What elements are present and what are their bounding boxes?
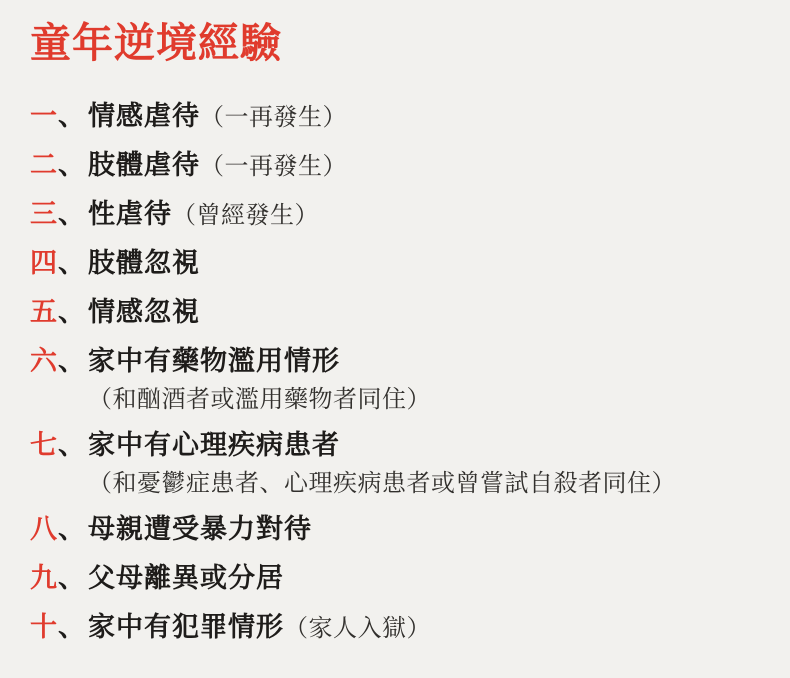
item-number: 三 xyxy=(30,198,58,231)
item-text: 父母離異或分居 xyxy=(88,563,284,593)
item-text: 肢體忽視 xyxy=(88,248,200,278)
page-title: 童年逆境經驗 xyxy=(30,18,762,68)
item-number: 九 xyxy=(30,562,58,595)
item-separator: 、 xyxy=(58,345,88,378)
list-item: 五、情感忽視 xyxy=(30,296,762,330)
item-text: 母親遭受暴力對待 xyxy=(88,514,312,544)
item-number: 八 xyxy=(30,513,58,546)
list-item: 十、家中有犯罪情形（家人入獄） xyxy=(30,611,762,645)
item-number: 二 xyxy=(30,149,58,182)
item-subnote: （和酗酒者或濫用藥物者同住） xyxy=(30,385,762,414)
item-text: 性虐待 xyxy=(88,199,172,229)
item-separator: 、 xyxy=(58,429,88,462)
list-item: 四、肢體忽視 xyxy=(30,247,762,281)
item-number: 十 xyxy=(30,611,58,644)
item-number: 一 xyxy=(30,100,58,133)
list-item: 六、家中有藥物濫用情形 （和酗酒者或濫用藥物者同住） xyxy=(30,345,762,414)
item-number: 五 xyxy=(30,296,58,329)
list-item: 一、情感虐待（一再發生） xyxy=(30,100,762,134)
item-separator: 、 xyxy=(58,100,88,133)
ace-list: 一、情感虐待（一再發生） 二、肢體虐待（一再發生） 三、性虐待（曾經發生） 四、… xyxy=(30,100,762,645)
item-text: 家中有犯罪情形 xyxy=(88,612,284,642)
item-text: 情感忽視 xyxy=(88,297,200,327)
item-separator: 、 xyxy=(58,611,88,644)
item-separator: 、 xyxy=(58,247,88,280)
item-number: 六 xyxy=(30,345,58,378)
list-item: 三、性虐待（曾經發生） xyxy=(30,198,762,232)
item-number: 七 xyxy=(30,429,58,462)
item-number: 四 xyxy=(30,247,58,280)
list-item: 七、家中有心理疾病患者 （和憂鬱症患者、心理疾病患者或曾嘗試自殺者同住） xyxy=(30,429,762,498)
item-note: （一再發生） xyxy=(200,153,347,180)
item-separator: 、 xyxy=(58,562,88,595)
item-text: 家中有藥物濫用情形 xyxy=(88,346,340,376)
item-text: 肢體虐待 xyxy=(88,150,200,180)
item-note: （曾經發生） xyxy=(172,202,319,229)
item-note: （一再發生） xyxy=(200,104,347,131)
page: 童年逆境經驗 一、情感虐待（一再發生） 二、肢體虐待（一再發生） 三、性虐待（曾… xyxy=(0,0,790,678)
list-item: 八、母親遭受暴力對待 xyxy=(30,513,762,547)
item-text: 情感虐待 xyxy=(88,101,200,131)
item-text: 家中有心理疾病患者 xyxy=(88,430,340,460)
item-separator: 、 xyxy=(58,198,88,231)
item-separator: 、 xyxy=(58,513,88,546)
item-separator: 、 xyxy=(58,149,88,182)
item-note: （家人入獄） xyxy=(284,615,431,642)
list-item: 九、父母離異或分居 xyxy=(30,562,762,596)
item-separator: 、 xyxy=(58,296,88,329)
list-item: 二、肢體虐待（一再發生） xyxy=(30,149,762,183)
item-subnote: （和憂鬱症患者、心理疾病患者或曾嘗試自殺者同住） xyxy=(30,469,762,498)
